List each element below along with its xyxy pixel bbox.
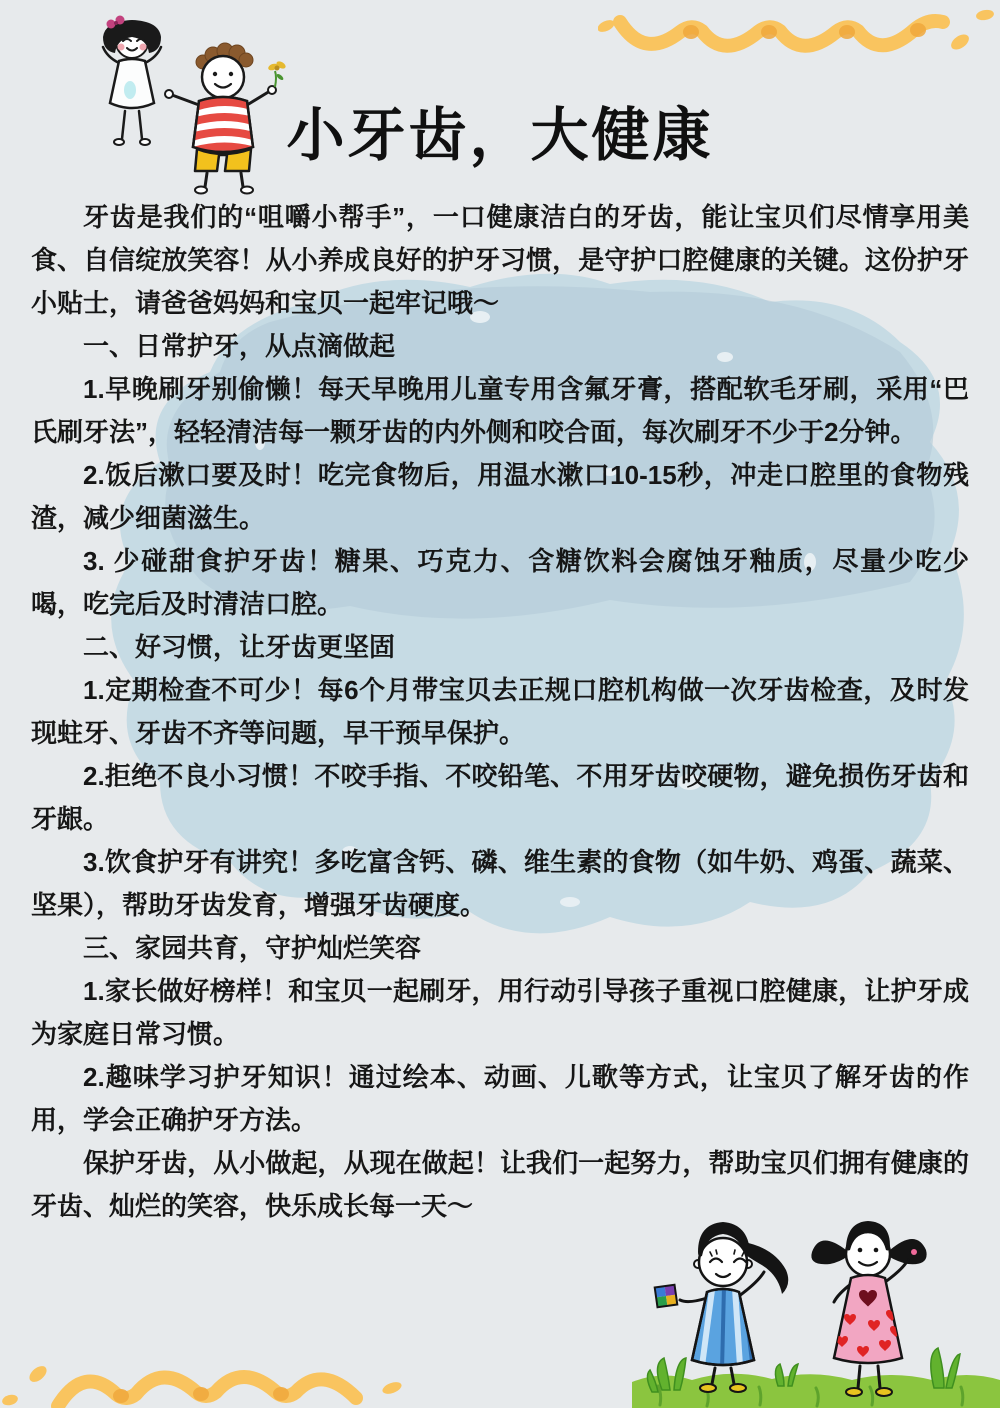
- squiggle-knots: [683, 23, 926, 39]
- tip-paragraph: 1.早晚刷牙别偷懒！每天早晚用儿童专用含氟牙膏，搭配软毛牙刷，采用“巴氏刷牙法”…: [31, 368, 969, 454]
- section-1-heading: 一、日常护牙，从点滴做起: [31, 325, 969, 368]
- flower-icon: [267, 60, 287, 87]
- tip-paragraph: 2.拒绝不良小习惯！不咬手指、不咬铅笔、不用牙齿咬硬物，避免损伤牙齿和牙龈。: [31, 755, 969, 841]
- poster-page: 小牙齿，大健康 牙齿是我们的“咀嚼小帮手”，一口健康洁白的牙齿，能让宝贝们尽情享…: [0, 0, 1000, 1408]
- tip-paragraph: 2.趣味学习护牙知识！通过绘本、动画、儿歌等方式，让宝贝了解牙齿的作用，学会正确…: [31, 1056, 969, 1142]
- document-body: 牙齿是我们的“咀嚼小帮手”，一口健康洁白的牙齿，能让宝贝们尽情享用美食、自信绽放…: [31, 196, 969, 1228]
- tip-paragraph: 3. 少碰甜食护牙齿！糖果、巧克力、含糖饮料会腐蚀牙釉质，尽量少吃少喝，吃完后及…: [31, 540, 969, 626]
- section-2-heading: 二、好习惯，让牙齿更坚固: [31, 626, 969, 669]
- tip-paragraph: 2.饭后漱口要及时！吃完食物后，用温水漱口10-15秒，冲走口腔里的食物残渣，减…: [31, 454, 969, 540]
- section-3-heading: 三、家园共育，守护灿烂笑容: [31, 927, 969, 970]
- girls-bottom-illustration: [632, 1212, 1000, 1408]
- page-title: 小牙齿，大健康: [0, 88, 1000, 172]
- bottom-arcs-decoration: [0, 1352, 420, 1408]
- grass-illustration: [632, 1348, 1000, 1408]
- plant-left: [647, 1358, 686, 1392]
- tip-paragraph: 3.饮食护牙有讲究！多吃富含钙、磷、维生素的食物（如牛奶、鸡蛋、蔬菜、坚果），帮…: [31, 841, 969, 927]
- top-squiggle-decoration: [598, 2, 1000, 68]
- intro-paragraph: 牙齿是我们的“咀嚼小帮手”，一口健康洁白的牙齿，能让宝贝们尽情享用美食、自信绽放…: [31, 196, 969, 325]
- girl-pink-illustration: [811, 1221, 926, 1396]
- girl-blue-illustration: [655, 1222, 789, 1392]
- tip-paragraph: 1.定期检查不可少！每6个月带宝贝去正规口腔机构做一次牙齿检查，及时发现蛀牙、牙…: [31, 669, 969, 755]
- tip-paragraph: 1.家长做好榜样！和宝贝一起刷牙，用行动引导孩子重视口腔健康，让护牙成为家庭日常…: [31, 970, 969, 1056]
- toy-cube-icon: [655, 1285, 678, 1308]
